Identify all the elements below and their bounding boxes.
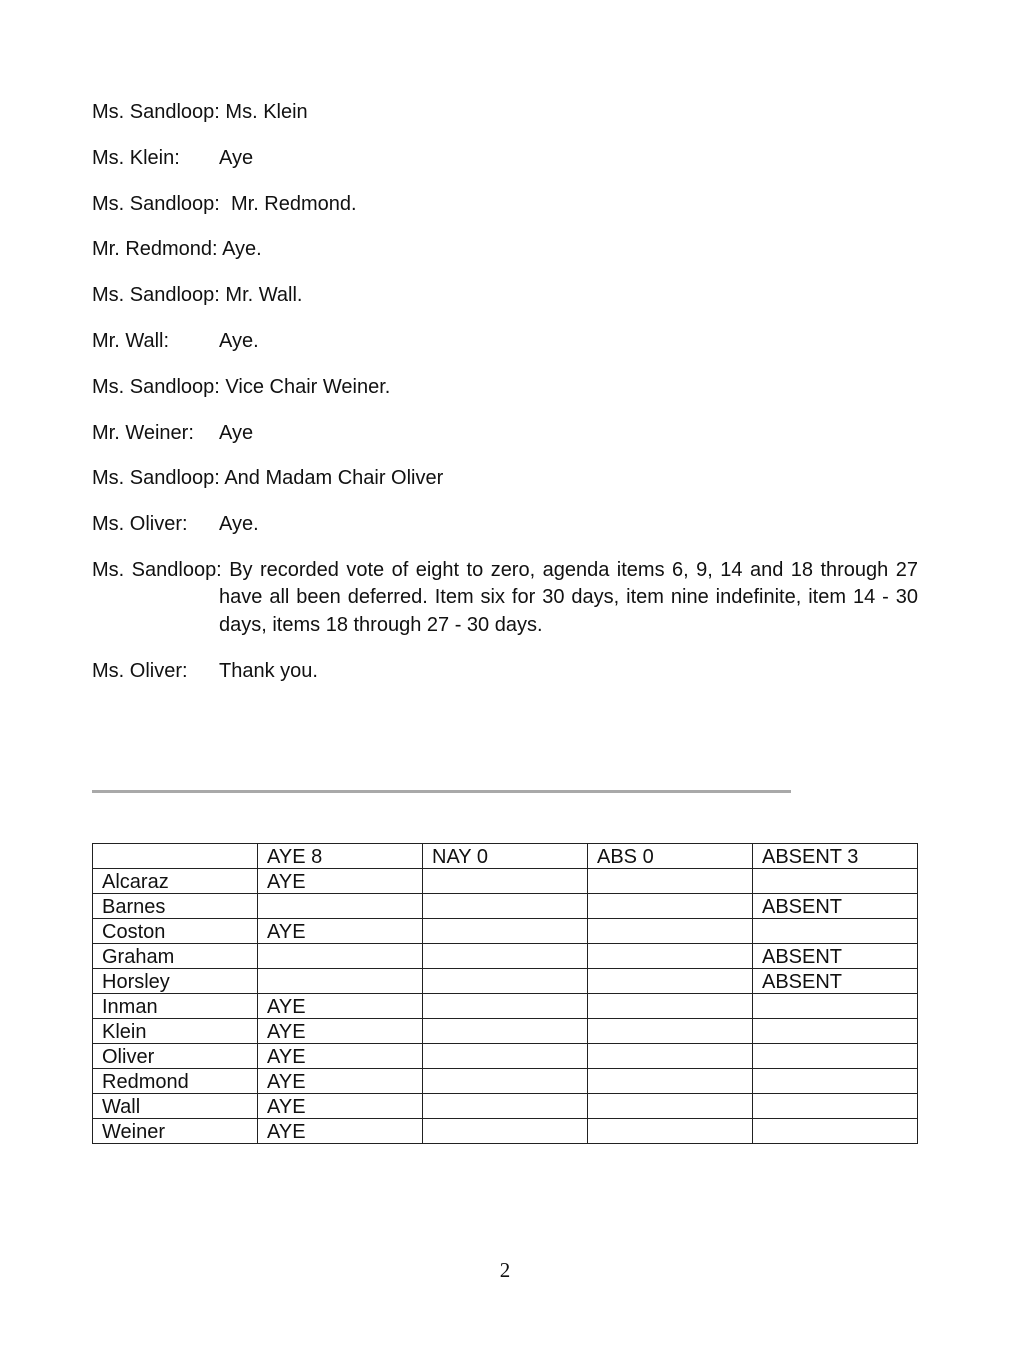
speaker-label: Ms. Sandloop: xyxy=(92,193,220,215)
vote-cell xyxy=(423,869,588,894)
vote-cell xyxy=(423,944,588,969)
speech-text: Ms. Klein xyxy=(220,101,308,123)
transcript-line: Ms. Sandloop: Mr. Wall. xyxy=(92,282,918,310)
speech-text: Aye. xyxy=(219,513,259,535)
table-row: InmanAYE xyxy=(93,994,918,1019)
transcript-line: Mr. Wall:Aye. xyxy=(92,328,918,356)
speaker-label: Ms. Sandloop: xyxy=(92,284,220,306)
vote-cell xyxy=(588,894,753,919)
vote-cell xyxy=(258,969,423,994)
vote-table: AYE 8NAY 0ABS 0ABSENT 3 AlcarazAYEBarnes… xyxy=(92,843,918,1144)
horizontal-rule xyxy=(92,790,791,793)
member-name-cell: Alcaraz xyxy=(93,869,258,894)
vote-cell xyxy=(423,1119,588,1144)
vote-cell xyxy=(753,1019,918,1044)
member-name-cell: Wall xyxy=(93,1094,258,1119)
speaker-label: Ms. Oliver: xyxy=(92,658,219,686)
speaker-label: Mr. Wall: xyxy=(92,328,219,356)
vote-cell: ABSENT xyxy=(753,894,918,919)
vote-cell xyxy=(423,1069,588,1094)
vote-cell xyxy=(753,1044,918,1069)
vote-cell xyxy=(423,1094,588,1119)
transcript-line: Mr. Redmond: Aye. xyxy=(92,236,918,264)
speaker-label: Ms. Sandloop: xyxy=(92,467,220,489)
transcript-line: Ms. Sandloop: Mr. Redmond. xyxy=(92,191,918,219)
vote-cell: AYE xyxy=(258,919,423,944)
table-row: WallAYE xyxy=(93,1094,918,1119)
vote-cell xyxy=(423,994,588,1019)
vote-cell: AYE xyxy=(258,869,423,894)
vote-cell: ABSENT xyxy=(753,969,918,994)
column-header: ABSENT 3 xyxy=(753,844,918,869)
speech-text: Aye. xyxy=(219,330,259,352)
vote-cell xyxy=(588,969,753,994)
table-row: HorsleyABSENT xyxy=(93,969,918,994)
vote-cell xyxy=(753,1119,918,1144)
vote-cell xyxy=(423,919,588,944)
column-header: NAY 0 xyxy=(423,844,588,869)
vote-cell xyxy=(423,1019,588,1044)
vote-table-header-row: AYE 8NAY 0ABS 0ABSENT 3 xyxy=(93,844,918,869)
speech-text: Mr. Redmond. xyxy=(220,193,357,215)
speaker-label: Mr. Weiner: xyxy=(92,420,219,448)
member-name-cell: Horsley xyxy=(93,969,258,994)
table-row: CostonAYE xyxy=(93,919,918,944)
vote-table-body: AlcarazAYEBarnesABSENTCostonAYEGrahamABS… xyxy=(93,869,918,1144)
table-row: BarnesABSENT xyxy=(93,894,918,919)
speaker-label: Ms. Sandloop: xyxy=(92,559,222,581)
vote-cell xyxy=(588,944,753,969)
vote-cell: AYE xyxy=(258,1044,423,1069)
table-row: KleinAYE xyxy=(93,1019,918,1044)
vote-cell: AYE xyxy=(258,1119,423,1144)
transcript: Ms. Sandloop: Ms. KleinMs. Klein:AyeMs. … xyxy=(92,99,918,704)
vote-cell xyxy=(258,894,423,919)
member-name-cell: Graham xyxy=(93,944,258,969)
table-row: WeinerAYE xyxy=(93,1119,918,1144)
vote-cell xyxy=(753,919,918,944)
member-name-cell: Redmond xyxy=(93,1069,258,1094)
table-row: GrahamABSENT xyxy=(93,944,918,969)
vote-cell xyxy=(588,1069,753,1094)
speech-text: By recorded vote of eight to zero, agend… xyxy=(219,559,918,636)
speaker-label: Ms. Sandloop: xyxy=(92,376,220,398)
vote-cell xyxy=(753,1094,918,1119)
speaker-label: Ms. Sandloop: xyxy=(92,101,220,123)
speaker-label: Ms. Klein: xyxy=(92,145,219,173)
table-row: OliverAYE xyxy=(93,1044,918,1069)
transcript-line: Ms. Klein:Aye xyxy=(92,145,918,173)
column-header xyxy=(93,844,258,869)
vote-cell: AYE xyxy=(258,1069,423,1094)
vote-cell xyxy=(588,1019,753,1044)
vote-cell xyxy=(588,919,753,944)
transcript-line: Ms. Sandloop: Vice Chair Weiner. xyxy=(92,374,918,402)
transcript-line: Ms. Oliver:Thank you. xyxy=(92,658,918,686)
table-row: RedmondAYE xyxy=(93,1069,918,1094)
member-name-cell: Oliver xyxy=(93,1044,258,1069)
column-header: AYE 8 xyxy=(258,844,423,869)
vote-cell: AYE xyxy=(258,994,423,1019)
vote-cell xyxy=(753,1069,918,1094)
member-name-cell: Coston xyxy=(93,919,258,944)
vote-cell xyxy=(423,1044,588,1069)
speech-text: Vice Chair Weiner. xyxy=(220,376,390,398)
vote-cell xyxy=(753,869,918,894)
transcript-line: Ms. Oliver:Aye. xyxy=(92,511,918,539)
column-header: ABS 0 xyxy=(588,844,753,869)
member-name-cell: Barnes xyxy=(93,894,258,919)
member-name-cell: Weiner xyxy=(93,1119,258,1144)
speaker-label: Mr. Redmond: xyxy=(92,238,218,260)
speech-text: Aye. xyxy=(218,238,262,260)
vote-cell: AYE xyxy=(258,1019,423,1044)
vote-cell: ABSENT xyxy=(753,944,918,969)
vote-cell xyxy=(258,944,423,969)
transcript-line: Mr. Weiner:Aye xyxy=(92,420,918,448)
vote-cell xyxy=(753,994,918,1019)
vote-cell xyxy=(423,969,588,994)
vote-cell xyxy=(588,994,753,1019)
vote-cell xyxy=(423,894,588,919)
transcript-line: Ms. Sandloop: Ms. Klein xyxy=(92,99,918,127)
speech-text: Aye xyxy=(219,147,253,169)
speaker-label: Ms. Oliver: xyxy=(92,511,219,539)
speech-text: And Madam Chair Oliver xyxy=(220,467,443,489)
transcript-line: Ms. Sandloop: And Madam Chair Oliver xyxy=(92,465,918,493)
speech-text: Mr. Wall. xyxy=(220,284,303,306)
vote-cell xyxy=(588,1094,753,1119)
member-name-cell: Klein xyxy=(93,1019,258,1044)
transcript-line: Ms. Sandloop: By recorded vote of eight … xyxy=(92,557,918,640)
speech-text: Aye xyxy=(219,422,253,444)
member-name-cell: Inman xyxy=(93,994,258,1019)
speech-text: Thank you. xyxy=(219,660,318,682)
vote-cell xyxy=(588,1044,753,1069)
vote-cell xyxy=(588,1119,753,1144)
vote-cell: AYE xyxy=(258,1094,423,1119)
page-number: 2 xyxy=(0,1258,1010,1283)
table-row: AlcarazAYE xyxy=(93,869,918,894)
vote-cell xyxy=(588,869,753,894)
